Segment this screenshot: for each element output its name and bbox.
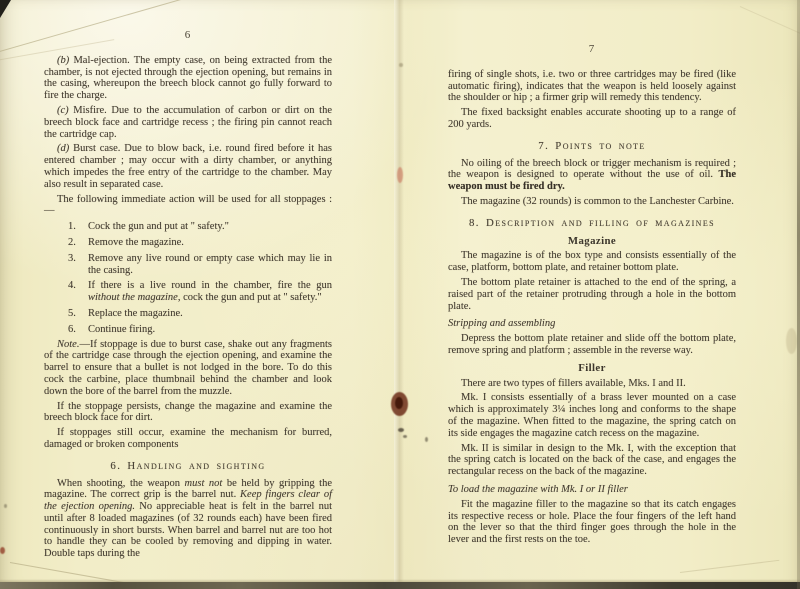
text-run: Note. [57, 339, 79, 350]
list-number: 6. [68, 324, 76, 336]
text-run: firing of single shots, i.e. two or thre… [448, 69, 736, 104]
paragraph: Depress the bottom plate retainer and sl… [448, 333, 736, 357]
text-run: No oiling of the breech block or trigger… [448, 158, 736, 181]
paragraph: The fixed backsight enables accurate sho… [448, 107, 736, 131]
page-number-right: 7 [448, 44, 736, 56]
list-text: If there is a live round in the chamber,… [88, 280, 332, 303]
paragraph: (c) Misfire. Due to the accumulation of … [44, 105, 332, 140]
text-run: The magazine is of the box type and cons… [448, 250, 736, 273]
text-run: When shooting, the weapon [57, 478, 185, 489]
section-heading: 6. Handling and sighting [44, 461, 332, 473]
text-run: The bottom plate retainer is attached to… [448, 277, 736, 312]
left-margin-speck [4, 504, 7, 508]
list-item: 4.If there is a live round in the chambe… [44, 280, 332, 304]
gutter-speck-2 [403, 435, 407, 438]
paragraph: Mk. II is similar in design to the Mk. I… [448, 443, 736, 478]
italic-subheading: Stripping and assembling [448, 318, 736, 330]
page-gutter-shadow [394, 0, 404, 589]
list-number: 4. [68, 280, 76, 292]
paragraph: The magazine is of the box type and cons… [448, 250, 736, 274]
paragraph: When shooting, the weapon must not be he… [44, 478, 332, 561]
text-run: Continue firing. [88, 324, 155, 335]
page-6: 6 (b) Mal-ejection. The empty case, on b… [44, 30, 332, 560]
text-run: —If stoppage is due to burst case, shake… [44, 339, 332, 397]
page-7: 7 firing of single shots, i.e. two or th… [448, 44, 736, 546]
section-heading: 7. Points to note [448, 141, 736, 153]
text-run: (b) [57, 55, 69, 66]
text-run: Mk. I consists essentially of a brass le… [448, 392, 736, 438]
right-edge-smudge [786, 328, 797, 354]
text-run: Remove the magazine. [88, 237, 184, 248]
list-text: Cock the gun and put at " safety." [88, 221, 229, 232]
page-number-left: 6 [44, 30, 332, 42]
text-run: (d) [57, 143, 69, 154]
paper-crease-top-right [740, 6, 800, 35]
text-run: , cock the gun and put at " safety." [178, 292, 322, 303]
text-run: The fixed backsight enables accurate sho… [448, 107, 736, 130]
paragraph: (b) Mal-ejection. The empty case, on bei… [44, 55, 332, 102]
list-item: 6.Continue firing. [44, 324, 332, 336]
paragraph: If the stoppage persists, change the mag… [44, 401, 332, 425]
text-run: Cock the gun and put at " safety." [88, 221, 229, 232]
list-item: 3.Remove any live round or empty case wh… [44, 253, 332, 277]
text-run: Mk. II is similar in design to the Mk. I… [448, 443, 736, 478]
speck-right-of-gutter [425, 437, 428, 442]
paragraph: There are two types of fillers available… [448, 378, 736, 390]
text-run: The following immediate action will be u… [44, 194, 332, 217]
list-item: 2.Remove the magazine. [44, 237, 332, 249]
subsection-title: Filler [448, 363, 736, 375]
text-run: Replace the magazine. [88, 308, 183, 319]
paragraph: Note.—If stoppage is due to burst case, … [44, 339, 332, 398]
page-7-content: firing of single shots, i.e. two or thre… [448, 69, 736, 546]
subsection-title: Magazine [448, 236, 736, 248]
list-number: 2. [68, 237, 76, 249]
paragraph: (d) Burst case. Due to blow back, i.e. r… [44, 143, 332, 190]
text-run: Fit the magazine filler to the magazine … [448, 499, 736, 545]
text-run: Misfire. Due to the accumulation of carb… [44, 105, 332, 140]
list-text: Replace the magazine. [88, 308, 183, 319]
text-run: Mal-ejection. The empty case, on being e… [44, 55, 332, 101]
text-run: without the magazine [88, 292, 178, 303]
gutter-speck-1 [398, 428, 404, 432]
text-run: Burst case. Due to blow back, i.e. round… [44, 143, 332, 189]
text-run: There are two types of fillers available… [461, 378, 686, 389]
text-run: (c) [57, 105, 69, 116]
text-run: Depress the bottom plate retainer and sl… [448, 333, 736, 356]
list-item: 5.Replace the magazine. [44, 308, 332, 320]
scan-corner-shadow [0, 0, 11, 18]
paragraph: The bottom plate retainer is attached to… [448, 277, 736, 312]
italic-subheading: To load the magazine with Mk. I or II fi… [448, 484, 736, 496]
paragraph: Mk. I consists essentially of a brass le… [448, 392, 736, 439]
list-number: 3. [68, 253, 76, 265]
paper-crease-bottom-right [680, 560, 779, 573]
paragraph: Fit the magazine filler to the magazine … [448, 499, 736, 546]
list-item: 1.Cock the gun and put at " safety." [44, 221, 332, 233]
paragraph: The following immediate action will be u… [44, 194, 332, 218]
text-run: If there is a live round in the chamber,… [88, 280, 332, 291]
scan-bottom-edge-shadow [0, 582, 800, 589]
section-heading: 8. Description and filling of magazines [448, 218, 736, 230]
paragraph: firing of single shots, i.e. two or thre… [448, 69, 736, 104]
text-run: The magazine (32 rounds) is common to th… [461, 196, 734, 207]
gutter-pink-smudge [397, 167, 403, 183]
text-run: If stoppages still occur, examine the me… [44, 427, 332, 450]
paragraph: The magazine (32 rounds) is common to th… [448, 196, 736, 208]
list-text: Remove any live round or empty case whic… [88, 253, 332, 276]
gutter-top-speck [399, 63, 403, 67]
paragraph: No oiling of the breech block or trigger… [448, 158, 736, 193]
list-number: 1. [68, 221, 76, 233]
gutter-stain-core [395, 397, 403, 409]
book-scan: 6 (b) Mal-ejection. The empty case, on b… [0, 0, 800, 589]
page-6-content: (b) Mal-ejection. The empty case, on bei… [44, 55, 332, 560]
left-edge-red-speck [0, 547, 5, 554]
text-run: If the stoppage persists, change the mag… [44, 401, 332, 424]
text-run: Remove any live round or empty case whic… [88, 253, 332, 276]
list-text: Remove the magazine. [88, 237, 184, 248]
list-text: Continue firing. [88, 324, 155, 335]
list-number: 5. [68, 308, 76, 320]
text-run: must not [185, 478, 223, 489]
paragraph: If stoppages still occur, examine the me… [44, 427, 332, 451]
